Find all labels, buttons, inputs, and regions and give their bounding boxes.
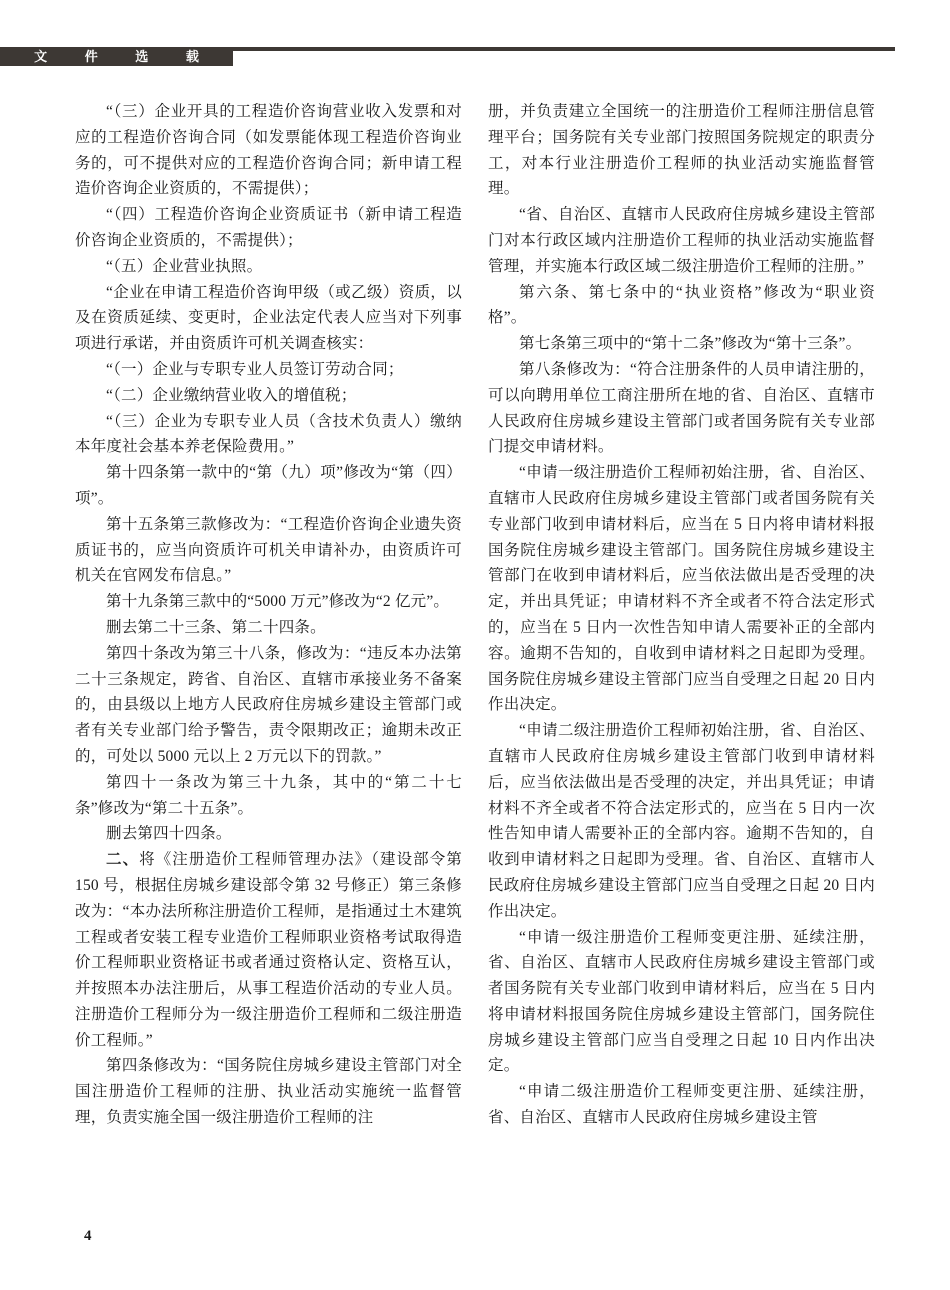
paragraph: 第四十一条改为第三十九条，其中的“第二十七条”修改为“第二十五条”。 (75, 770, 462, 822)
paragraph: 第八条修改为：“符合注册条件的人员申请注册的，可以向聘用单位工商注册所在地的省、… (488, 357, 875, 460)
header-rule-line (230, 47, 895, 51)
paragraph: “企业在申请工程造价咨询甲级（或乙级）资质，以及在资质延续、变更时，企业法定代表… (75, 280, 462, 357)
paragraph: “（四）工程造价咨询企业资质证书（新申请工程造价咨询企业资质的，不需提供）； (75, 202, 462, 254)
paragraph-bold-prefix: 二、 (106, 851, 139, 868)
paragraph: “申请一级注册造价工程师初始注册，省、自治区、直辖市人民政府住房城乡建设主管部门… (488, 460, 875, 718)
right-column: 册，并负责建立全国统一的注册造价工程师注册信息管理平台；国务院有关专业部门按照国… (488, 99, 875, 1131)
paragraph: 册，并负责建立全国统一的注册造价工程师注册信息管理平台；国务院有关专业部门按照国… (488, 99, 875, 202)
paragraph: 第十四条第一款中的“第（九）项”修改为“第（四）项”。 (75, 460, 462, 512)
paragraph: 第四条修改为：“国务院住房城乡建设主管部门对全国注册造价工程师的注册、执业活动实… (75, 1053, 462, 1130)
paragraph: 删去第二十三条、第二十四条。 (75, 615, 462, 641)
paragraph: “（五）企业营业执照。 (75, 254, 462, 280)
paragraph: “（三）企业开具的工程造价咨询营业收入发票和对应的工程造价咨询合同（如发票能体现… (75, 99, 462, 202)
section-header: 文 件 选 载 (0, 47, 233, 66)
document-page: 文 件 选 载 “（三）企业开具的工程造价咨询营业收入发票和对应的工程造价咨询合… (0, 0, 950, 1290)
paragraph: “（二）企业缴纳营业收入的增值税； (75, 383, 462, 409)
paragraph: “申请二级注册造价工程师变更注册、延续注册，省、自治区、直辖市人民政府住房城乡建… (488, 1079, 875, 1131)
section-header-label: 文 件 选 载 (17, 47, 216, 66)
paragraph: “（一）企业与专职专业人员签订劳动合同； (75, 357, 462, 383)
paragraph: 第四十条改为第三十八条，修改为：“违反本办法第二十三条规定，跨省、自治区、直辖市… (75, 641, 462, 770)
document-body: “（三）企业开具的工程造价咨询营业收入发票和对应的工程造价咨询合同（如发票能体现… (75, 99, 875, 1131)
paragraph: 删去第四十四条。 (75, 821, 462, 847)
paragraph: “（三）企业为专职专业人员（含技术负责人）缴纳本年度社会基本养老保险费用。” (75, 409, 462, 461)
paragraph: “省、自治区、直辖市人民政府住房城乡建设主管部门对本行政区域内注册造价工程师的执… (488, 202, 875, 279)
paragraph: 第七条第三项中的“第十二条”修改为“第十三条”。 (488, 331, 875, 357)
paragraph: “申请二级注册造价工程师初始注册，省、自治区、直辖市人民政府住房城乡建设主管部门… (488, 718, 875, 924)
paragraph: 二、将《注册造价工程师管理办法》（建设部令第 150 号，根据住房城乡建设部令第… (75, 847, 462, 1053)
paragraph: 第十五条第三款修改为：“工程造价咨询企业遗失资质证书的，应当向资质许可机关申请补… (75, 512, 462, 589)
paragraph: 第六条、第七条中的“执业资格”修改为“职业资格”。 (488, 280, 875, 332)
page-number: 4 (84, 1228, 92, 1245)
paragraph: 第十九条第三款中的“5000 万元”修改为“2 亿元”。 (75, 589, 462, 615)
left-column: “（三）企业开具的工程造价咨询营业收入发票和对应的工程造价咨询合同（如发票能体现… (75, 99, 462, 1131)
paragraph: “申请一级注册造价工程师变更注册、延续注册，省、自治区、直辖市人民政府住房城乡建… (488, 925, 875, 1080)
